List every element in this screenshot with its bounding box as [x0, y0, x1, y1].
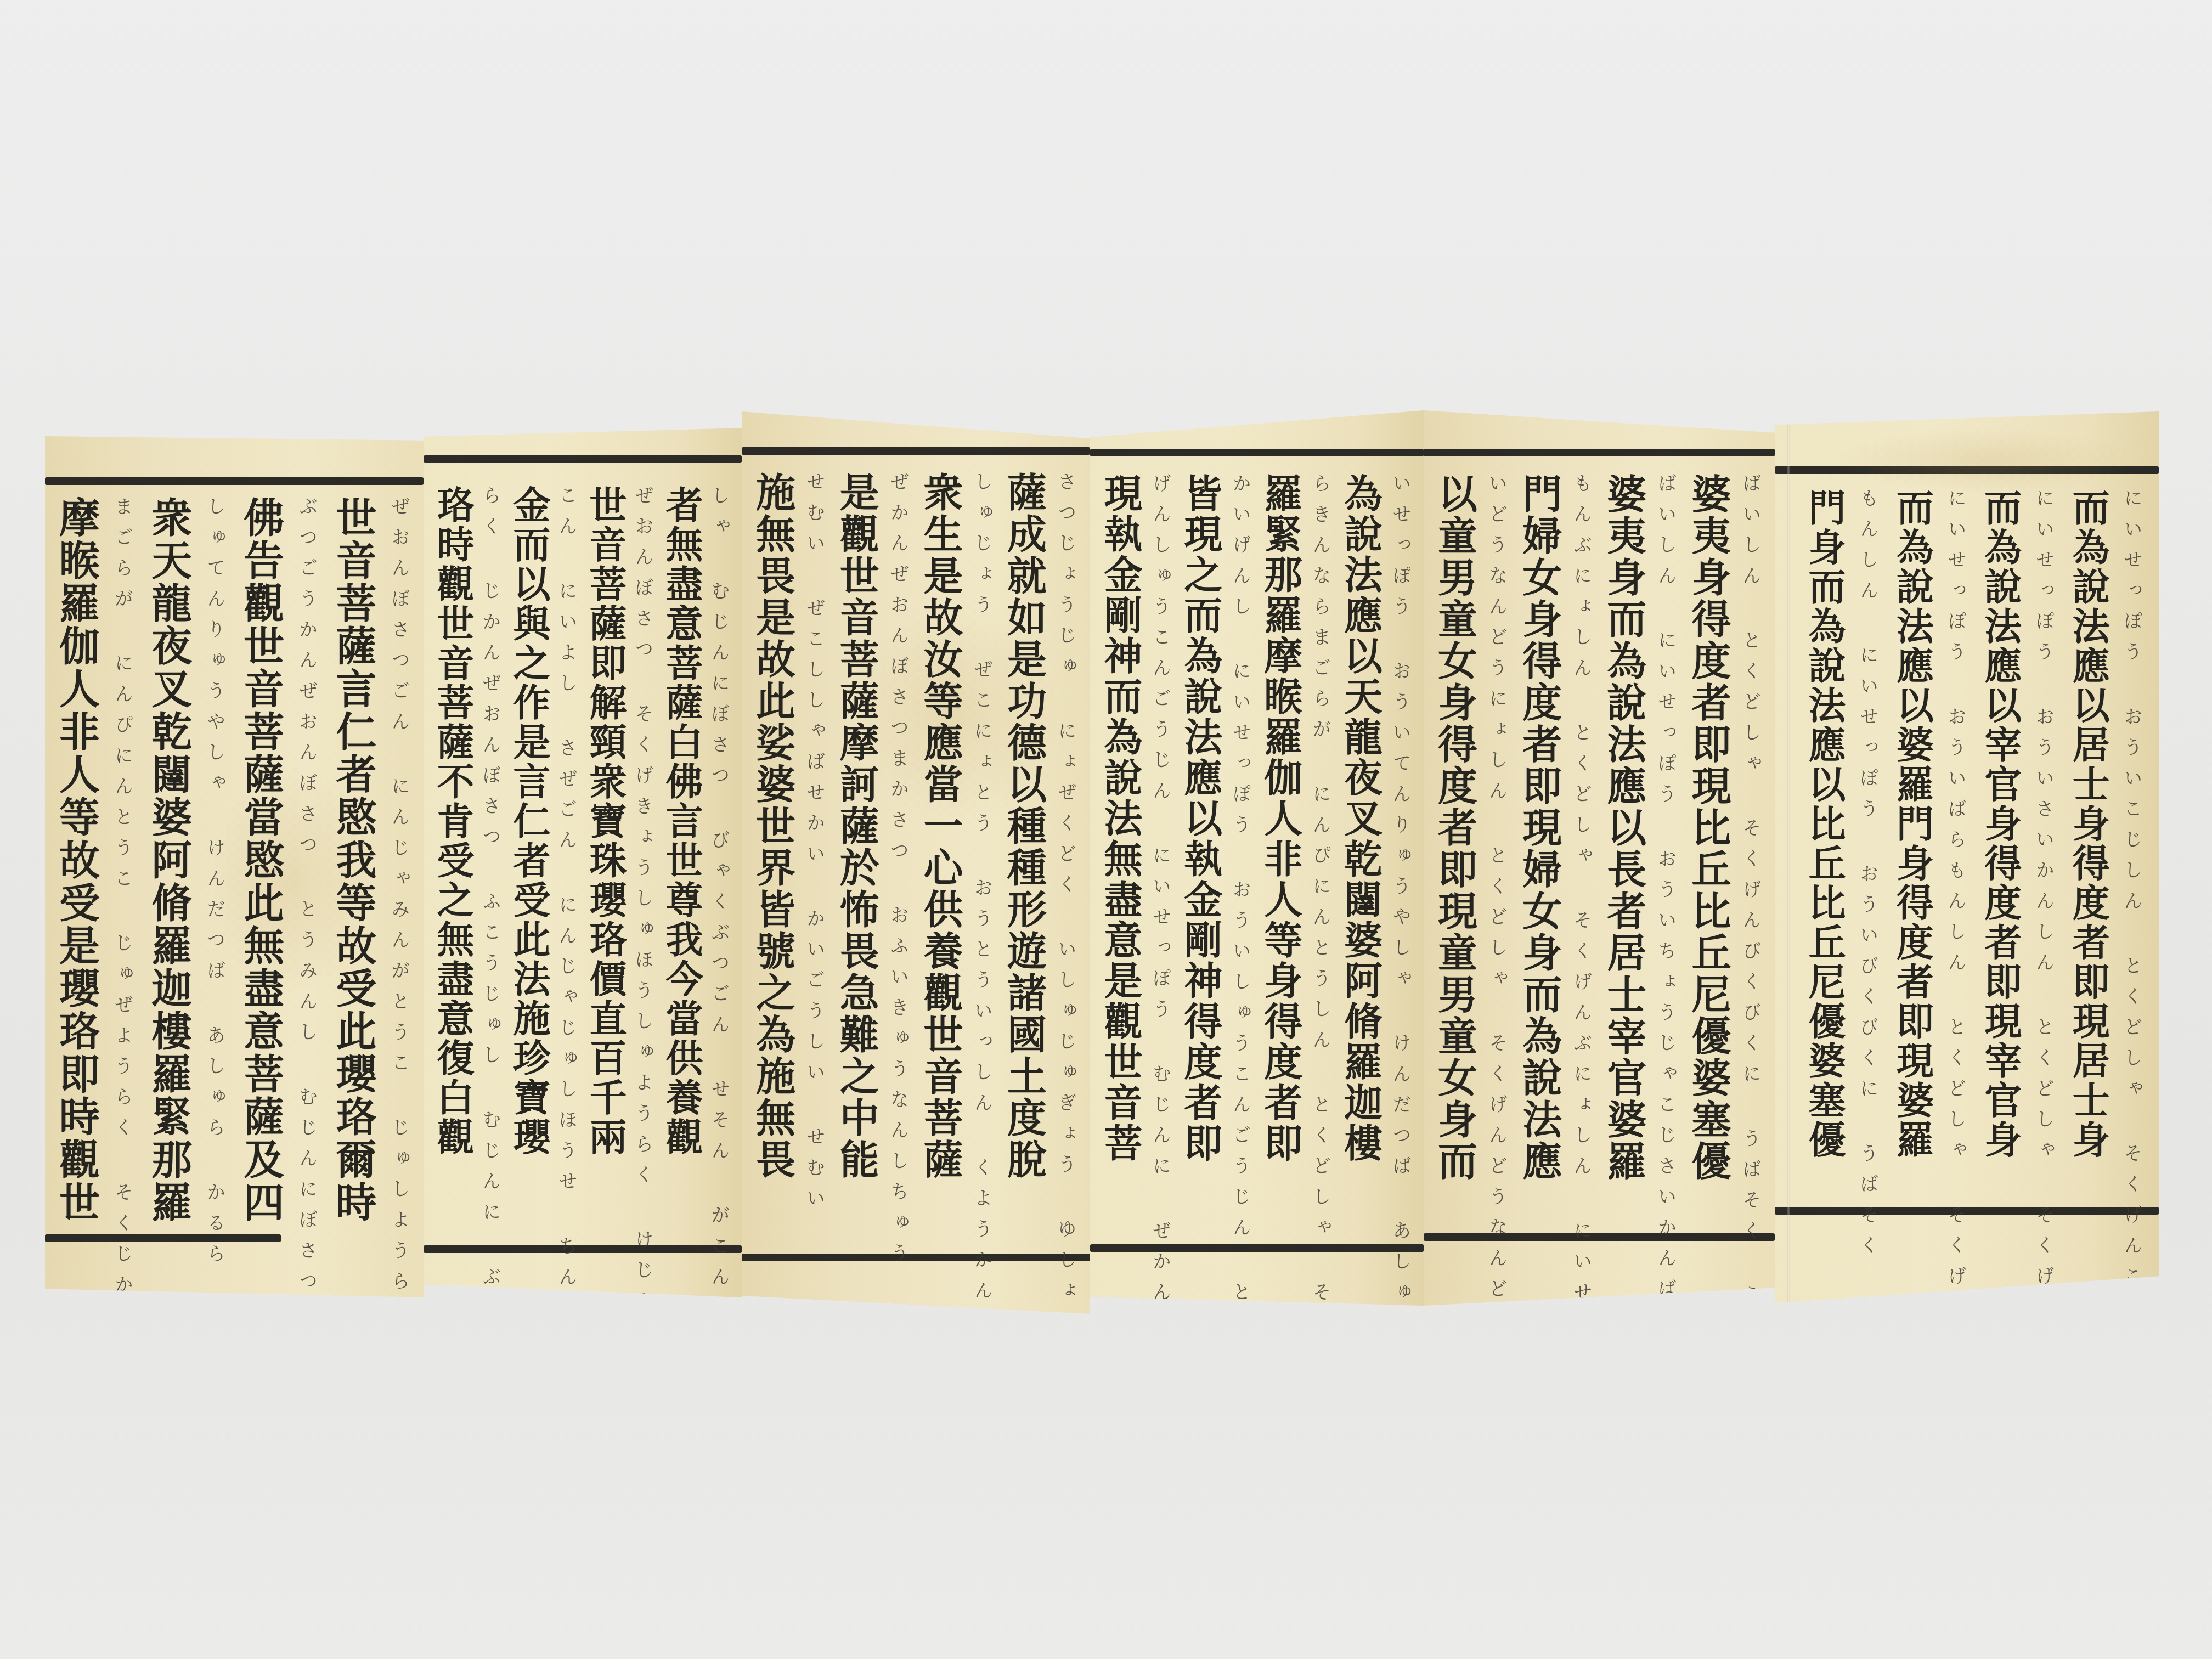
furigana: しゅてんりゅうやしゃ けんだつば あしゅら かるら きんなら — [201, 496, 228, 1297]
sutra-panel-1: にいせっぽう おういこじしん とくどしゃ そくげんこじしん 而為說法應以居士身得… — [1775, 411, 2159, 1303]
bottom-border-rule — [1090, 1244, 1424, 1252]
furigana: かいげんし にいせっぽう おういしゅうこんごうじん とくどしゃ そく — [1227, 473, 1254, 1306]
bottom-border-rule — [742, 1254, 1090, 1261]
text-column: 為說法應以天龍夜叉乾闥婆阿脩羅迦樓 — [1341, 473, 1380, 1164]
text-column: 世音菩薩即解頸衆寶珠瓔珞價直百千兩 — [586, 486, 623, 1157]
text-column: 羅緊那羅摩睺羅伽人非人等身得度者即 — [1261, 473, 1300, 1164]
furigana: にいせっぽう おういばらもんしん とくどしゃ そくげんばら — [1942, 488, 1969, 1303]
furigana: こん にいよし さぜごん にんじゃじゅしほうせ ちんぽうよう — [553, 486, 580, 1297]
furigana: ぜかんぜおんぼさつまかさつ おふいきゅうなんしちゅう のう — [885, 472, 912, 1314]
furigana: にいせっぽう おういこじしん とくどしゃ そくげんこじしん — [2118, 488, 2145, 1303]
text-column: 珞時觀世音菩薩不肯受之無盡意復白觀 — [433, 486, 471, 1157]
top-border-rule — [1090, 449, 1424, 456]
furigana: まごらが にんぴにんとうこ じゅぜようらく そくじかんぜ — [109, 496, 136, 1297]
top-border-rule — [742, 447, 1090, 455]
furigana: らきんならまごらが にんぴにんとうしん とくどしゃ そく — [1307, 473, 1334, 1306]
text-column: 者無盡意菩薩白佛言世尊我今當供養觀 — [662, 486, 699, 1157]
bottom-border-rule — [424, 1245, 742, 1253]
text-column: 婆夷身而為說法應以長者居士宰官婆羅 — [1604, 473, 1643, 1182]
text-column: 是觀世音菩薩摩訶薩於怖畏急難之中能 — [837, 472, 876, 1181]
furigana: しゃ むじんにぼさつ びゃくぶつごん せそん がこんとうくようかん — [706, 486, 732, 1297]
column-block: しゃ むじんにぼさつ びゃくぶつごん せそん がこんとうくようかん 者無盡意菩薩… — [433, 486, 732, 1237]
column-block: いせっぽう おういてんりゅうやしゃ けんだつば あしゅら かる 為說法應以天龍夜… — [1101, 473, 1414, 1239]
text-column: 衆生是故汝等應當一心供養觀世音菩薩 — [920, 472, 960, 1181]
photo-scene: ぜおんぼさつごん にんじゃみんがとうこ じゅしようらく にじ 世音菩薩言仁者愍我… — [0, 0, 2212, 1659]
furigana: ぜおんぼさつ そくげきょうしゅほうしゅようらく けじきひゃくせんりょう — [629, 486, 656, 1297]
furigana: いどうなんどうにょしん とくどしゃ そくげんどうなんどうにょしん に — [1483, 473, 1510, 1306]
column-block: にいせっぽう おういこじしん とくどしゃ そくげんこじしん 而為說法應以居士身得… — [1805, 488, 2145, 1201]
text-column: 世音菩薩言仁者愍我等故受此瓔珞爾時 — [332, 496, 373, 1224]
furigana: もんぶにょしん とくどしゃ そくげんぶにょしん にいせっぽう おう — [1568, 473, 1595, 1306]
furigana: さつじょうじゅ にょぜくどく いしゅじゅぎょう ゆしょこくど どだつ — [1052, 472, 1079, 1314]
text-column: 皆現之而為說法應以執金剛神得度者即 — [1181, 473, 1220, 1164]
furigana: しゅじょう ぜこにょとう おうとういっしん くようかんぜおんぼさつ — [968, 472, 995, 1314]
text-column: 施無畏是故此娑婆世界皆號之為施無畏 — [753, 472, 792, 1181]
furigana: ぜおんぼさつごん にんじゃみんがとうこ じゅしようらく にじ — [386, 496, 413, 1297]
text-column: 而為說法應以宰官身得度者即現宰官身 — [1981, 488, 2018, 1160]
text-column: 衆天龍夜叉乾闥婆阿脩羅迦樓羅緊那羅 — [148, 496, 189, 1224]
furigana: にいせっぽう おういさいかんしん とくどしゃ そくげんさいかんしん — [2030, 488, 2057, 1303]
sutra-panel-5: しゃ むじんにぼさつ びゃくぶつごん せそん がこんとうくようかん 者無盡意菩薩… — [424, 428, 742, 1297]
text-column: 而為說法應以婆羅門身得度者即現婆羅 — [1893, 488, 1930, 1160]
column-block: ぜおんぼさつごん にんじゃみんがとうこ じゅしようらく にじ 世音菩薩言仁者愍我… — [56, 496, 413, 1226]
text-column: 金而以與之作是言仁者受此法施珍寶瓔 — [510, 486, 547, 1157]
text-column: 現執金剛神而為說法無盡意是觀世音菩 — [1101, 473, 1139, 1164]
sutra-panel-3: いせっぽう おういてんりゅうやしゃ けんだつば あしゅら かる 為說法應以天龍夜… — [1090, 410, 1424, 1306]
text-column: 薩成就如是功德以種種形遊諸國土度脫 — [1004, 472, 1043, 1181]
text-column: 佛告觀世音菩薩當愍此無盡意菩薩及四 — [240, 496, 281, 1224]
sutra-panel-2: ばいしん とくどしゃ そくげんびくびくに うばそく う 婆夷身得度者即現比丘比丘… — [1424, 410, 1775, 1306]
accordion-sutra-book: ぜおんぼさつごん にんじゃみんがとうこ じゅしようらく にじ 世音菩薩言仁者愍我… — [0, 0, 2212, 1659]
bottom-border-rule — [45, 1234, 281, 1242]
column-block: さつじょうじゅ にょぜくどく いしゅじゅぎょう ゆしょこくど どだつ 薩成就如是… — [753, 472, 1079, 1245]
top-border-rule — [1775, 466, 2159, 474]
furigana: もんしん にいせっぽう おういびくびくに うばそく う — [1854, 488, 1881, 1303]
text-column: 門婦女身得度者即現婦女身而為說法應 — [1519, 473, 1559, 1182]
furigana: げんしゅうこんごうじん にいせっぽう むじんに ぜかんぜおんぼ — [1147, 473, 1173, 1306]
top-border-rule — [424, 455, 742, 463]
top-border-rule — [45, 477, 424, 485]
furigana: ばいしん にいせっぽう おういちょうじゃこじさいかんばら — [1652, 473, 1679, 1306]
furigana: ばいしん とくどしゃ そくげんびくびくに うばそく う — [1737, 473, 1764, 1306]
text-column: 門身而為說法應以比丘比丘尼優婆塞優 — [1805, 488, 1842, 1160]
furigana: らく じかんぜおんぼさつ ふこうじゅし むじんに ぶびゃくかん — [477, 486, 504, 1297]
furigana: せむい ぜこししゃばせかい かいごうしい せむい — [801, 472, 828, 1219]
furigana: いせっぽう おういてんりゅうやしゃ けんだつば あしゅら かる — [1387, 473, 1414, 1306]
text-column: 摩睺羅伽人非人等故受是瓔珞即時觀世 — [56, 496, 97, 1224]
text-column: 而為說法應以居士身得度者即現居士身 — [2069, 488, 2106, 1160]
text-column: 婆夷身得度者即現比丘比丘尼優婆塞優 — [1688, 473, 1728, 1182]
sutra-panel-6: ぜおんぼさつごん にんじゃみんがとうこ じゅしようらく にじ 世音菩薩言仁者愍我… — [45, 436, 424, 1297]
column-block: ばいしん とくどしゃ そくげんびくびくに うばそく う 婆夷身得度者即現比丘比丘… — [1435, 473, 1764, 1225]
text-column: 以童男童女身得度者即現童男童女身而 — [1435, 473, 1474, 1182]
sutra-panel-4: さつじょうじゅ にょぜくどく いしゅじゅぎょう ゆしょこくど どだつ 薩成就如是… — [742, 411, 1090, 1314]
furigana: ぶつごうかんぜおんぼさつ とうみんし むじんにぼさつ ぎゅうし — [294, 496, 320, 1297]
top-border-rule — [1424, 449, 1775, 456]
bottom-border-rule — [1424, 1233, 1775, 1241]
